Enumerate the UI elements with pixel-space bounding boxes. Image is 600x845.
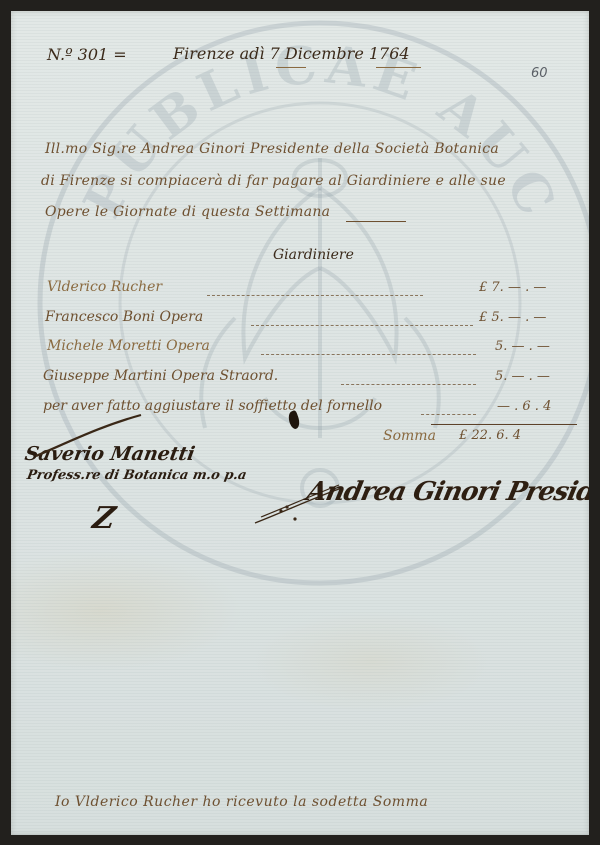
dotted-leader [251,325,473,326]
body-line-3-flourish [346,221,406,222]
dotted-leader [341,384,476,385]
entry-name: Michele Moretti Opera [47,338,210,354]
date-underline [276,67,306,68]
entry-name: Giuseppe Martini Opera Straord. [43,368,278,384]
entry-amount: £ 5. — . — [479,310,546,325]
signature-left-mark: Z [90,501,118,536]
entry-name: Vlderico Rucher [47,279,162,295]
total-label: Somma [383,428,436,444]
section-heading: Giardiniere [273,247,354,263]
signature-flourish-icon [31,411,151,461]
entry-name: Francesco Boni Opera [45,309,203,325]
manuscript-page: PUBLICAE AUC N.º 301 = Firenze adì 7 Dic… [11,11,589,835]
entry-amount: — . 6 . 4 [497,399,551,414]
dotted-leader [421,414,476,415]
total-amount: £ 22. 6. 4 [459,428,521,443]
place-and-date: Firenze adì 7 Dicembre 1764 [173,44,410,63]
signature-left-title: Profess.re di Botanica m.o p.a [26,468,248,483]
total-rule [431,424,577,425]
body-line-3: Opere le Giornate di questa Settimana [45,204,330,220]
entry-amount: 5. — . — [495,339,550,354]
entry-amount: £ 7. — . — [479,280,546,295]
body-line-1: Ill.mo Sig.re Andrea Ginori Presidente d… [45,141,499,157]
receipt-line: Io Vlderico Rucher ho ricevuto la sodett… [55,794,428,810]
dotted-leader [207,295,423,296]
body-line-2: di Firenze si compiacerà di far pagare a… [41,173,506,189]
year-underline [376,67,421,68]
svg-text:PUBLICAE AUC: PUBLICAE AUC [72,34,570,230]
document-number: N.º 301 = [47,45,127,64]
page-number: 60 [531,66,548,81]
dotted-leader [261,354,476,355]
entry-amount: 5. — . — [495,369,550,384]
signature-right: Andrea Ginori Presid. [304,477,589,507]
